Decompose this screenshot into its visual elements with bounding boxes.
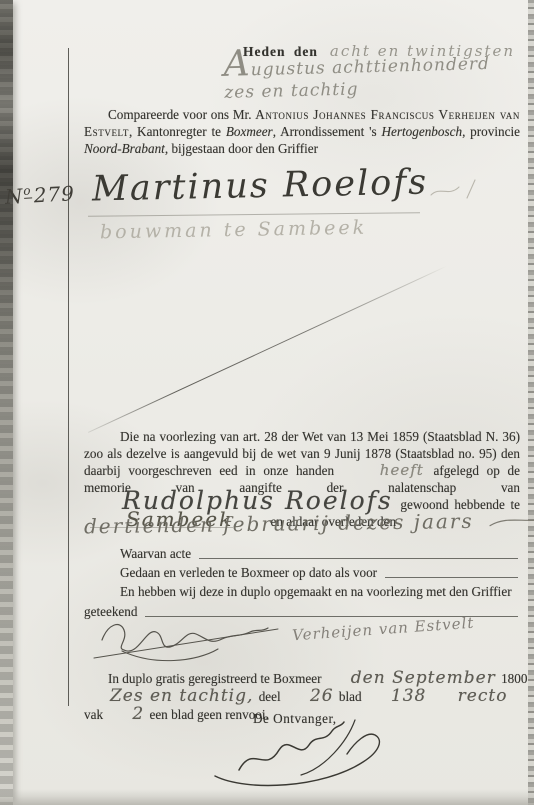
handwritten-heeft: heeft	[344, 462, 424, 479]
blad-label: blad	[339, 689, 362, 704]
closing-line-1: Waarvan acte	[84, 544, 520, 563]
act-number-prefix: N	[4, 184, 24, 209]
blank-space-strike-line	[88, 266, 447, 433]
handwritten-date-line: Augustus achttienhonderd zes en tachtig	[223, 52, 524, 104]
district-place: Hertogenbosch	[381, 124, 462, 139]
comparition-paragraph: Compareerde voor ons Mr. Antonius Johann…	[84, 106, 520, 158]
rule-line	[385, 577, 518, 578]
comparition-lead: Compareerde voor ons Mr.	[108, 107, 255, 122]
vak-label: vak	[84, 707, 103, 722]
closing-line-3: En hebben wij deze in duplo opgemaakt en…	[84, 582, 520, 601]
closing-line-2: Gedaan en verleden te Boxmeer op dato al…	[84, 563, 520, 582]
handwritten-deel: 26	[286, 687, 334, 705]
court-place: Boxmeer	[226, 124, 273, 139]
pen-flourish	[488, 511, 534, 530]
signature-griffier	[92, 610, 287, 673]
handwritten-recto: recto	[434, 687, 508, 705]
handwritten-year: Zes en tachtig,	[86, 687, 253, 705]
rule-line	[199, 558, 518, 559]
handwritten-vak: 2	[108, 705, 144, 723]
scan-edge-left	[0, 0, 13, 805]
handwritten-blad: 138	[367, 687, 426, 705]
comparition-seg3: , provincie	[462, 124, 520, 139]
comparition-seg4: , bijgestaan door den Griffier	[165, 141, 318, 156]
declarant-description: bouwman te Sambeek	[100, 217, 368, 244]
scan-edge-right	[528, 0, 534, 805]
declarant-name-underline	[88, 212, 420, 216]
signature-ontvanger	[205, 714, 405, 799]
handwritten-reg-date: den September	[327, 669, 496, 687]
margin-rule	[68, 48, 69, 706]
province-name: Noord-Brabant	[84, 141, 165, 156]
act-number-sup: o	[23, 184, 32, 199]
ink-smudge-mark	[428, 176, 480, 207]
document-page: No279 Heden denacht en twintigsten Augus…	[0, 0, 534, 805]
gedaan-verleden-label: Gedaan en verleden te Boxmeer op dato al…	[84, 563, 377, 582]
duplo-opgemaakt-text: En hebben wij deze in duplo opgemaakt en…	[84, 584, 512, 599]
printed-year: 1800	[501, 671, 527, 686]
registration-seg1: In duplo gratis geregistreerd te Boxmeer	[108, 671, 322, 686]
act-number: No279	[4, 181, 75, 209]
act-number-value: 279	[33, 181, 75, 207]
declarant-name: Martinus Roelofs	[92, 162, 429, 209]
waarvan-acte-label: Waarvan acte	[84, 544, 191, 563]
deel-label: deel	[259, 689, 281, 704]
comparition-seg1: , Kantonregter te	[129, 124, 226, 139]
death-date-text: dertienden februarij dezes jaars	[84, 509, 474, 538]
comparition-seg2: , Arrondissement 's	[273, 124, 382, 139]
